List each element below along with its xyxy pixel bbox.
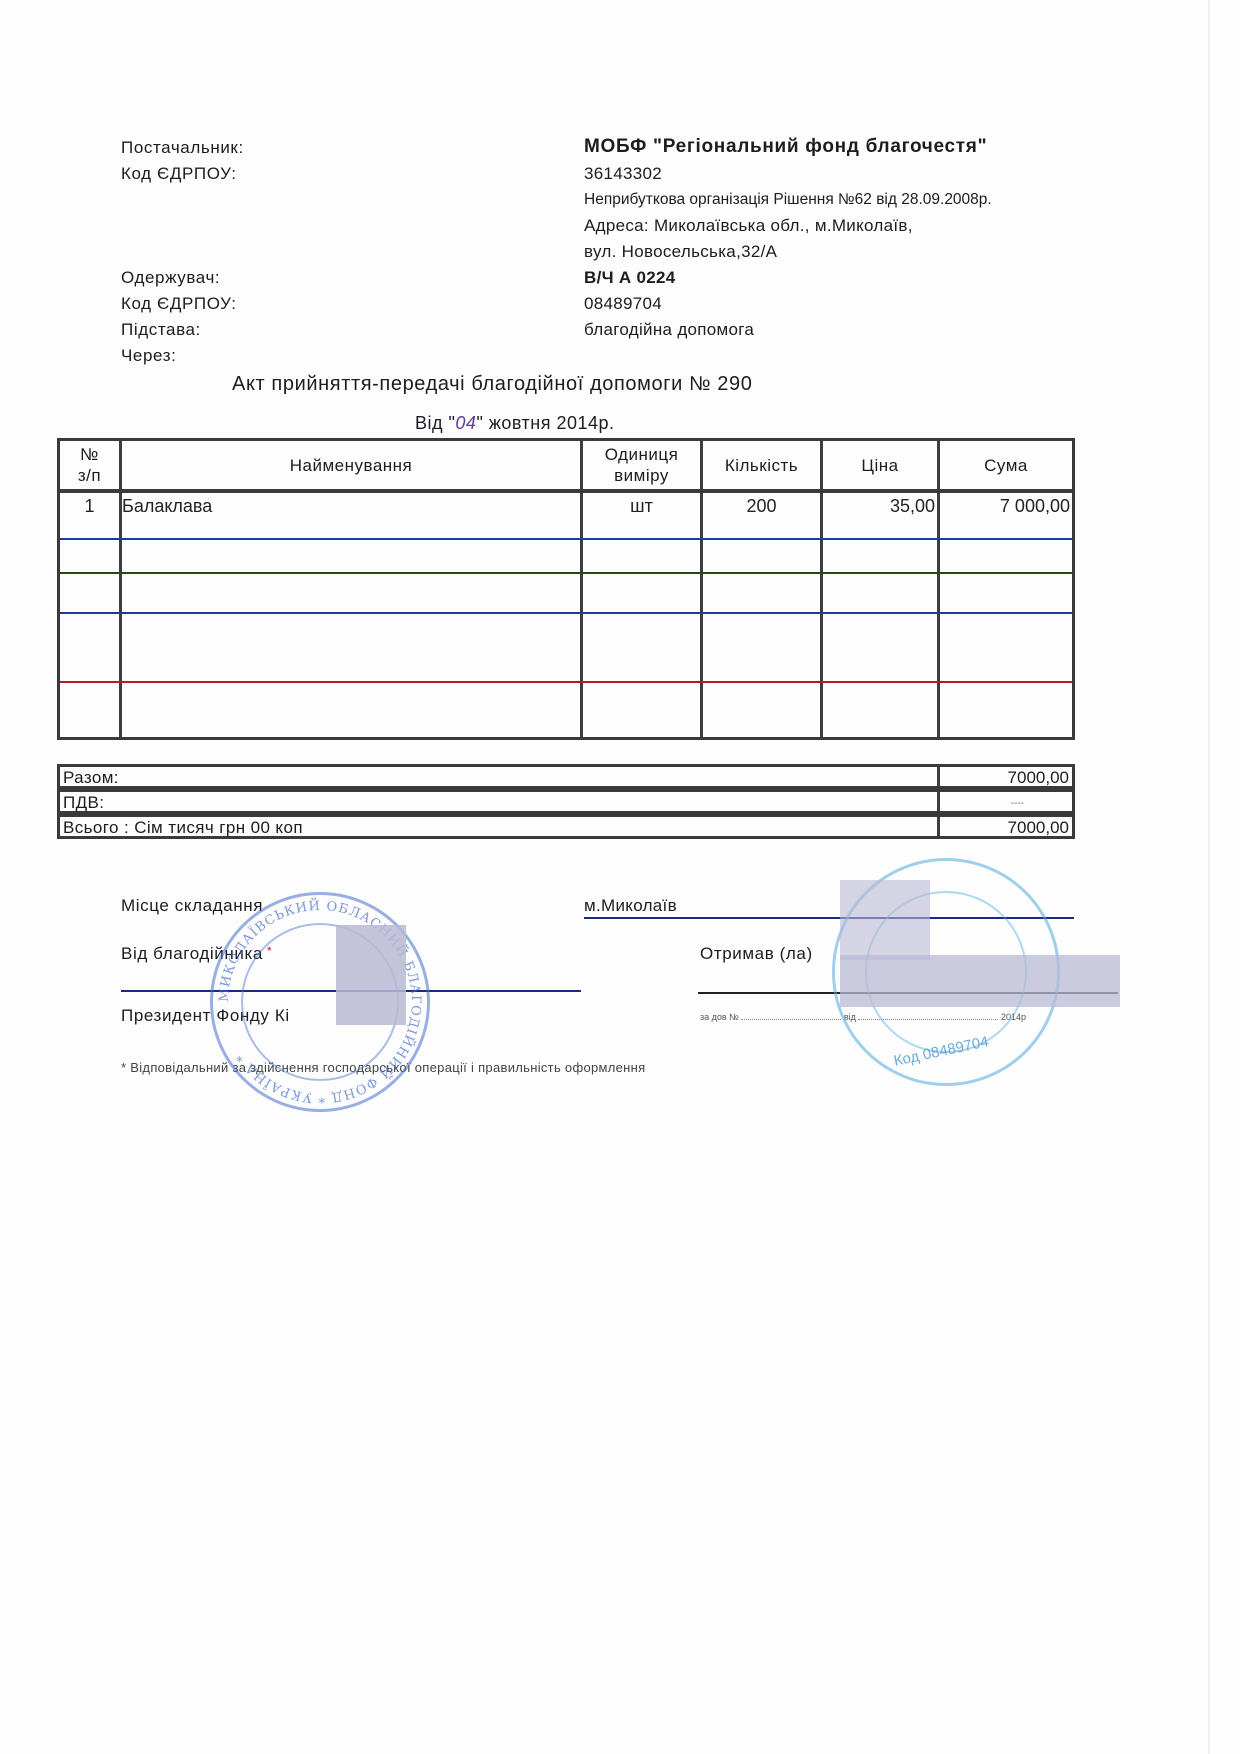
supplier-code: 36143302 xyxy=(584,164,662,184)
place-value: м.Миколаїв xyxy=(584,896,677,916)
redacted-recipient-name xyxy=(840,955,1120,1007)
row-divider xyxy=(60,572,1072,574)
redacted-signature xyxy=(840,880,930,960)
header-price: Ціна xyxy=(823,441,937,489)
row-divider xyxy=(60,538,1072,540)
total-label: Всього : Сім тисяч грн 00 коп xyxy=(63,818,303,838)
vat-row: ПДВ: ---- xyxy=(57,789,1075,814)
date-day: 04 xyxy=(455,413,476,433)
header-unit: Одиниця виміру xyxy=(583,441,700,489)
vat-value: ---- xyxy=(1011,798,1024,809)
header-sum: Сума xyxy=(940,441,1072,489)
row-quantity: 200 xyxy=(703,496,820,517)
subtotal-label: Разом: xyxy=(63,768,119,788)
supplier-name: МОБФ "Регіональний фонд благочестя" xyxy=(584,136,987,158)
basis-value: благодійна допомога xyxy=(584,320,754,340)
basis-label: Підстава: xyxy=(121,320,201,340)
supplier-label: Постачальник: xyxy=(121,138,244,158)
items-table: № з/п Найменування Одиниця виміру Кількі… xyxy=(57,438,1075,740)
subtotal-value: 7000,00 xyxy=(1008,768,1069,788)
header-name: Найменування xyxy=(122,441,580,489)
vat-label: ПДВ: xyxy=(63,793,104,813)
row-price: 35,00 xyxy=(823,496,935,517)
total-row: Всього : Сім тисяч грн 00 коп 7000,00 xyxy=(57,814,1075,839)
date-suffix: " жовтня 2014р. xyxy=(476,413,614,433)
via-label: Через: xyxy=(121,346,176,366)
header-divider xyxy=(60,489,1072,493)
recipient-label: Одержувач: xyxy=(121,268,220,288)
supplier-note: Неприбуткова організація Рішення №62 від… xyxy=(584,191,992,209)
recipient-name: В/Ч А 0224 xyxy=(584,268,676,288)
row-number: 1 xyxy=(60,496,119,517)
page-edge xyxy=(1208,0,1210,1754)
header-quantity: Кількість xyxy=(703,441,820,489)
row-sum: 7 000,00 xyxy=(940,496,1070,517)
supplier-code-label: Код ЄДРПОУ: xyxy=(121,164,237,184)
received-label: Отримав (ла) xyxy=(700,944,813,964)
date-prefix: Від " xyxy=(415,413,455,433)
header-number: № з/п xyxy=(60,441,119,489)
recipient-code-label: Код ЄДРПОУ: xyxy=(121,294,237,314)
total-value: 7000,00 xyxy=(1008,818,1069,838)
subtotal-row: Разом: 7000,00 xyxy=(57,764,1075,789)
document-title: Акт прийняття-передачі благодійної допом… xyxy=(232,373,752,396)
row-divider xyxy=(60,612,1072,614)
recipient-code: 08489704 xyxy=(584,294,662,314)
supplier-address-1: Адреса: Миколаївська обл., м.Миколаїв, xyxy=(584,216,913,236)
row-unit: шт xyxy=(583,496,700,517)
supplier-address-2: вул. Новосельська,32/А xyxy=(584,242,777,262)
document-date: Від "04" жовтня 2014р. xyxy=(415,413,615,434)
row-divider xyxy=(60,681,1072,683)
row-name: Балаклава xyxy=(122,496,212,517)
redacted-signature xyxy=(336,925,406,1025)
